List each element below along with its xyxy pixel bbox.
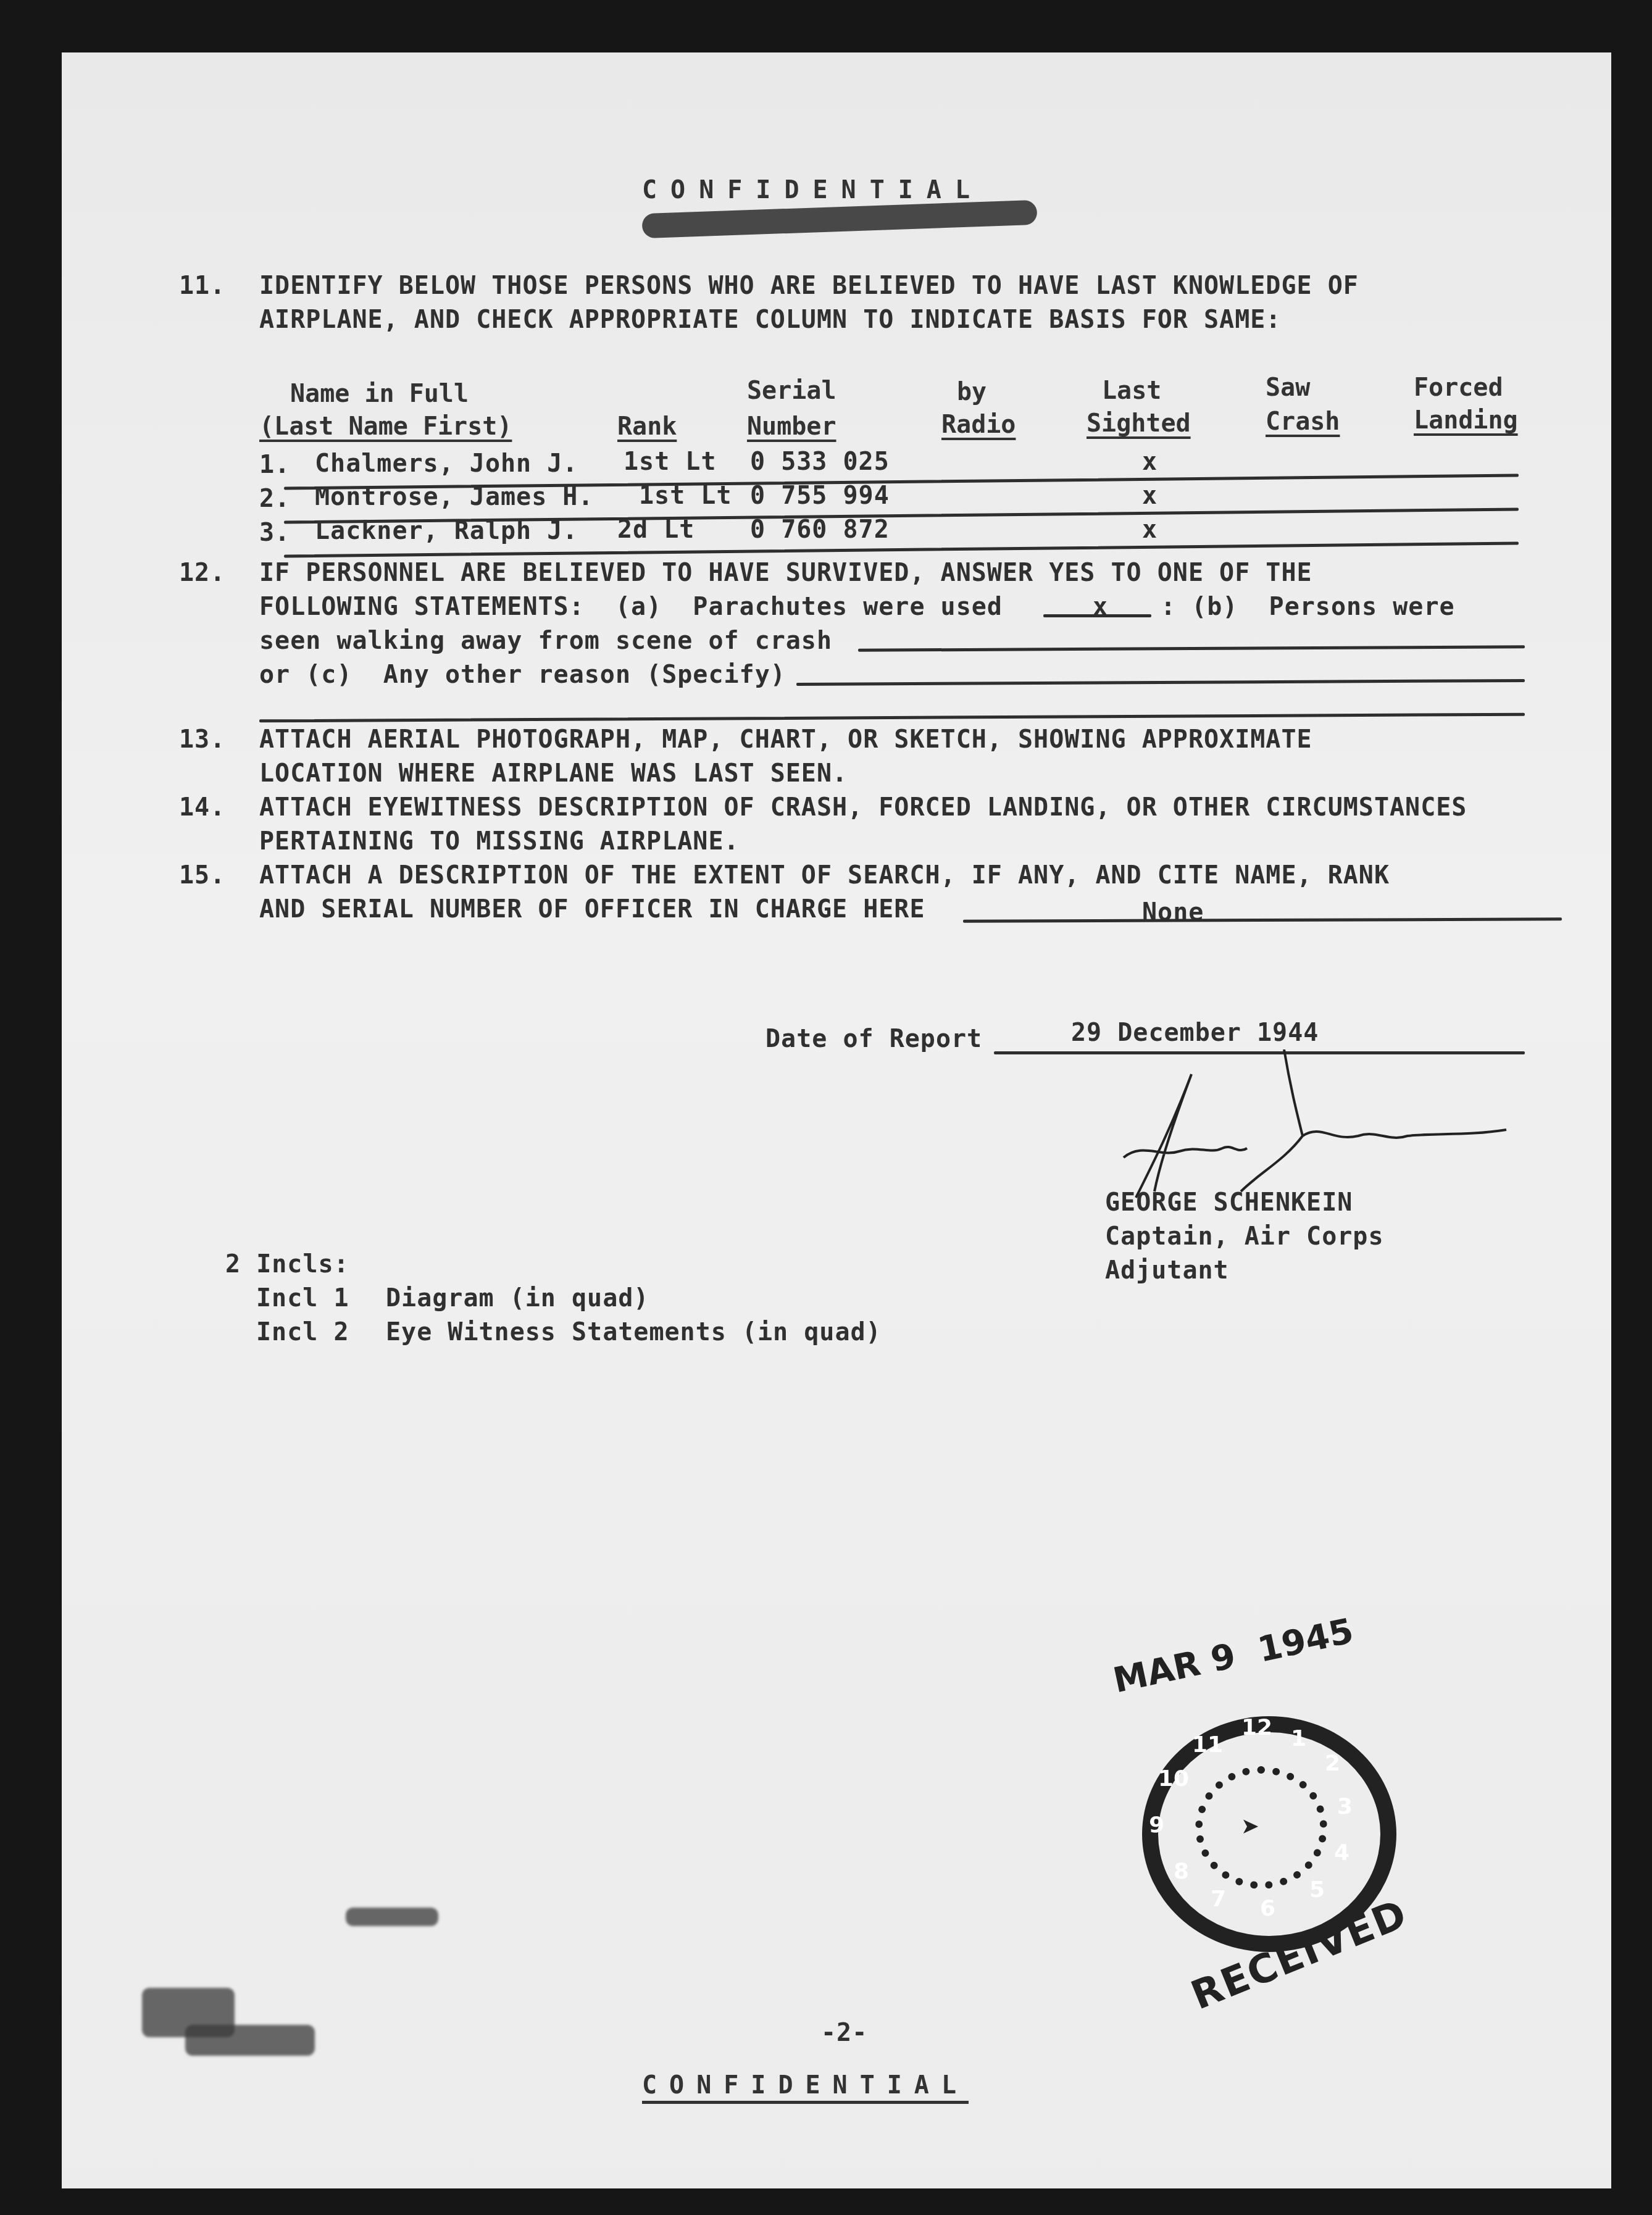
dial-number: 5 — [1309, 1877, 1325, 1903]
item-14-line1: ATTACH EYEWITNESS DESCRIPTION OF CRASH, … — [259, 793, 1467, 822]
row-serial: 0 760 872 — [750, 515, 890, 544]
row-number: 1. — [259, 451, 290, 479]
item-14-line2: PERTAINING TO MISSING AIRPLANE. — [259, 827, 740, 856]
col-rank: Rank — [617, 412, 677, 441]
illegible-smudge — [346, 1908, 438, 1926]
item-14-number: 14. — [179, 793, 225, 822]
dial-number: 2 — [1325, 1751, 1340, 1776]
col-sighted-bottom: Sighted — [1087, 409, 1191, 438]
row-rank: 1st Lt — [639, 482, 732, 510]
item-12-line2a: FOLLOWING STATEMENTS: (a) Parachutes wer… — [259, 593, 1003, 621]
enclosure-1-text: Diagram (in quad) — [386, 1284, 649, 1312]
col-radio-bottom: Radio — [941, 411, 1016, 439]
dial-number: 6 — [1260, 1896, 1275, 1921]
dial-number: 10 — [1158, 1766, 1189, 1792]
col-crash-bottom: Crash — [1266, 407, 1340, 436]
item-12-line4: or (c) Any other reason (Specify) — [259, 661, 786, 689]
date-of-report-value: 29 December 1944 — [1071, 1019, 1319, 1047]
enclosure-2-text: Eye Witness Statements (in quad) — [386, 1318, 882, 1346]
enclosures-heading: 2 Incls: — [225, 1250, 349, 1279]
page-number: -2- — [821, 2019, 867, 2047]
answer-a-line — [1043, 614, 1151, 617]
col-name-bottom: (Last Name First) — [259, 412, 512, 441]
item-12-number: 12. — [179, 559, 225, 587]
col-radio-top: by — [957, 378, 987, 406]
footer-classification: CONFIDENTIAL — [642, 2071, 969, 2100]
row-number: 3. — [259, 519, 290, 547]
item-12-line3: seen walking away from scene of crash — [259, 627, 832, 655]
col-forced-top: Forced — [1414, 373, 1503, 402]
dial-number: 9 — [1149, 1812, 1164, 1838]
item-11-line1: IDENTIFY BELOW THOSE PERSONS WHO ARE BEL… — [259, 272, 1359, 300]
dial-number: 7 — [1211, 1887, 1226, 1912]
item-12-line1: IF PERSONNEL ARE BELIEVED TO HAVE SURVIV… — [259, 559, 1312, 587]
row-serial: 0 533 025 — [750, 448, 890, 476]
col-sighted-top: Last — [1102, 377, 1161, 405]
row-last-sighted-mark: x — [1142, 482, 1158, 510]
signer-role: Adjutant — [1105, 1256, 1229, 1285]
item-15-answer: None — [1142, 898, 1204, 927]
struck-classification-header: CONFIDENTIAL — [642, 176, 983, 204]
row-serial: 0 755 994 — [750, 482, 890, 510]
dial-number: 3 — [1337, 1794, 1353, 1819]
stamp-hand-icon: ➤ — [1241, 1809, 1260, 1845]
item-15-line2: AND SERIAL NUMBER OF OFFICER IN CHARGE H… — [259, 895, 925, 924]
row-rank: 2d Lt — [617, 515, 695, 544]
dial-number: 8 — [1174, 1859, 1189, 1884]
row-name: Montrose, James H. — [315, 483, 593, 511]
dial-number: 1 — [1291, 1726, 1306, 1751]
signer-title: Captain, Air Corps — [1105, 1222, 1383, 1251]
item-15-line1: ATTACH A DESCRIPTION OF THE EXTENT OF SE… — [259, 861, 1390, 890]
item-13-line2: LOCATION WHERE AIRPLANE WAS LAST SEEN. — [259, 759, 848, 788]
dial-number: 12 — [1241, 1715, 1272, 1740]
row-name: Chalmers, John J. — [315, 449, 578, 478]
row-rank: 1st Lt — [624, 448, 717, 476]
item-13-line1: ATTACH AERIAL PHOTOGRAPH, MAP, CHART, OR… — [259, 725, 1312, 754]
row-number: 2. — [259, 485, 290, 513]
col-serial-bottom: Number — [747, 412, 836, 441]
handwritten-signature — [1099, 1049, 1531, 1210]
item-15-number: 15. — [179, 861, 225, 890]
item-11-number: 11. — [179, 272, 225, 300]
stamp-dial-inner — [1195, 1766, 1327, 1889]
enclosure-2-label: Incl 2 — [256, 1318, 349, 1346]
date-of-report-label: Date of Report — [766, 1025, 982, 1053]
item-12-line2b: : (b) Persons were — [1161, 593, 1455, 621]
item-11-line2: AIRPLANE, AND CHECK APPROPRIATE COLUMN T… — [259, 306, 1281, 334]
col-crash-top: Saw — [1266, 373, 1310, 402]
col-forced-bottom: Landing — [1414, 406, 1518, 435]
signer-name: GEORGE SCHENKEIN — [1105, 1188, 1353, 1217]
item-13-number: 13. — [179, 725, 225, 754]
dial-number: 4 — [1334, 1840, 1350, 1866]
row-last-sighted-mark: x — [1142, 448, 1158, 476]
enclosure-1-label: Incl 1 — [256, 1284, 349, 1312]
dial-number: 11 — [1192, 1732, 1223, 1758]
row-last-sighted-mark: x — [1142, 515, 1158, 544]
row-name: Lackner, Ralph J. — [315, 517, 578, 545]
illegible-smudge — [185, 2025, 315, 2056]
col-serial-top: Serial — [747, 377, 836, 405]
col-name-top: Name in Full — [290, 380, 469, 408]
